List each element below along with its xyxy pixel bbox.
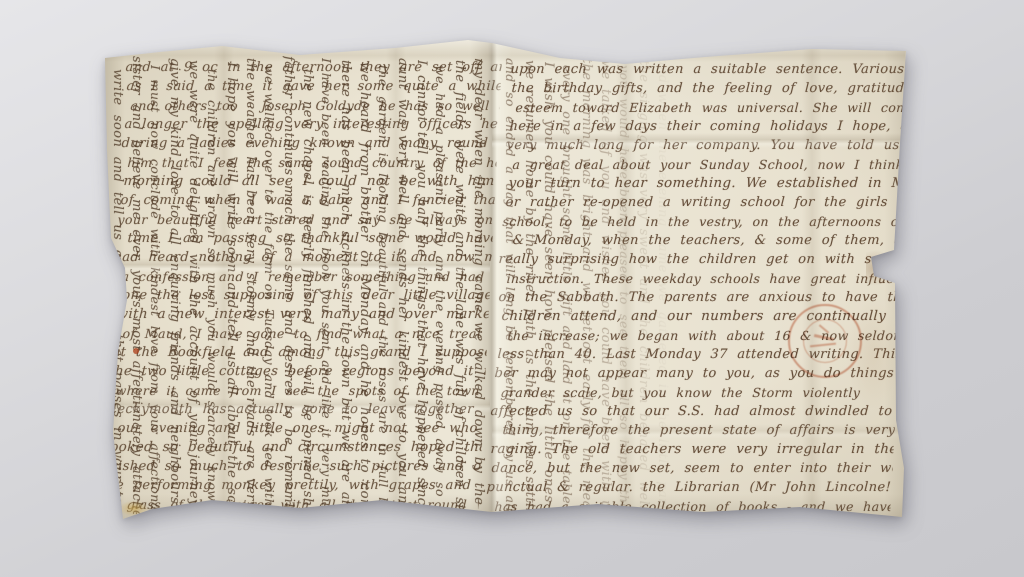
paper-vignette (0, 0, 1024, 577)
letter-shadow-wrap: and at 9 oc in the afternoon they are se… (0, 0, 1024, 577)
letter-paper: and at 9 oc in the afternoon they are se… (0, 0, 1024, 577)
photo-background: and at 9 oc in the afternoon they are se… (0, 0, 1024, 577)
